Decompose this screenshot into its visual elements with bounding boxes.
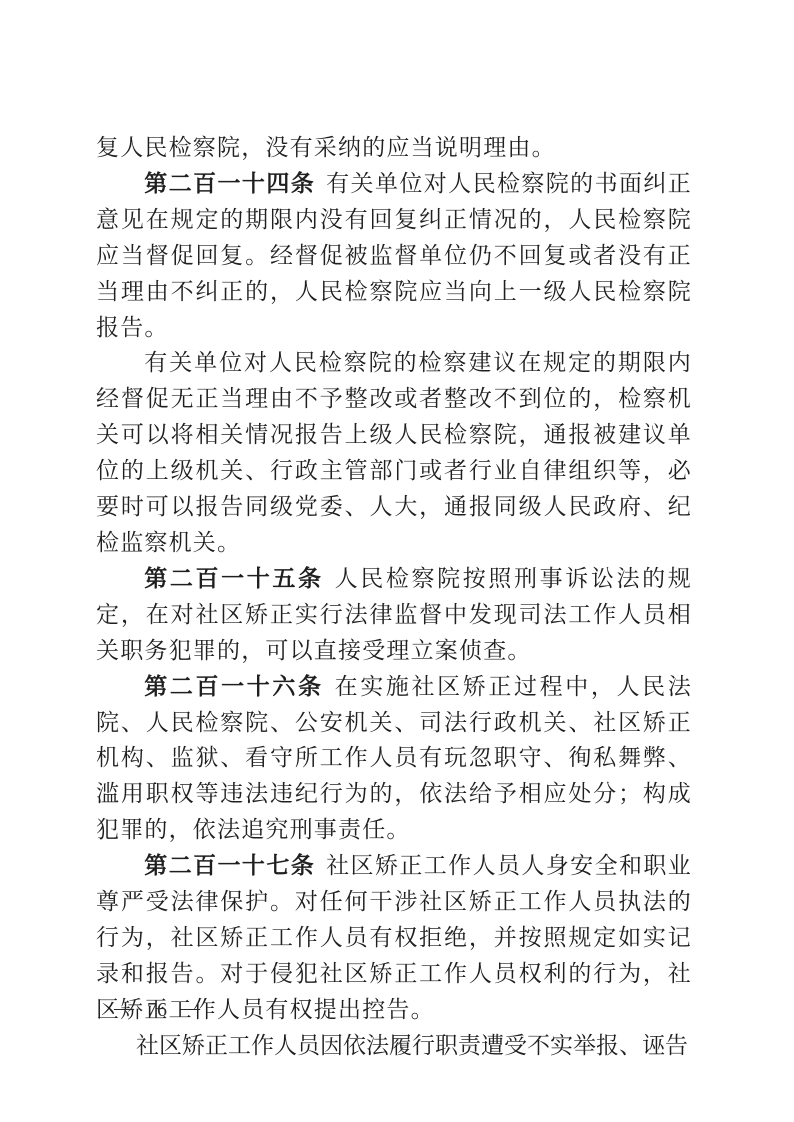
article-number: 第二百一十六条: [144, 673, 323, 699]
article-number: 第二百一十五条: [144, 565, 323, 591]
article-number: 第二百一十七条: [144, 852, 315, 878]
article-number: 第二百一十四条: [144, 170, 315, 196]
paragraph: 有关单位对人民检察院的检察建议在规定的期限内经督促无正当理由不予整改或者整改不到…: [96, 345, 692, 560]
paragraph: 复人民检察院，没有采纳的应当说明理由。: [96, 130, 692, 166]
paragraph: 第二百一十四条有关单位对人民检察院的书面纠正意见在规定的期限内没有回复纠正情况的…: [96, 166, 692, 346]
page-footer: — 76 —: [114, 999, 200, 1022]
paragraph-text: 有关单位对人民检察院的书面纠正意见在规定的期限内没有回复纠正情况的，人民检察院应…: [96, 171, 692, 340]
paragraph: 第二百一十五条人民检察院按照刑事诉讼法的规定，在对社区矫正实行法律监督中发现司法…: [96, 561, 692, 669]
document-page: 复人民检察院，没有采纳的应当说明理由。 第二百一十四条有关单位对人民检察院的书面…: [0, 0, 794, 1122]
footer-dash-left: —: [114, 997, 134, 1020]
paragraph: 社区矫正工作人员因依法履行职责遭受不实举报、诬告: [96, 1028, 692, 1064]
paragraph-text: 复人民检察院，没有采纳的应当说明理由。: [96, 135, 556, 160]
footer-dash-right: —: [180, 997, 200, 1020]
paragraph: 第二百一十六条在实施社区矫正过程中，人民法院、人民检察院、公安机关、司法行政机关…: [96, 669, 692, 849]
paragraph-text: 社区矫正工作人员因依法履行职责遭受不实举报、诬告: [136, 1033, 688, 1058]
text-block: 复人民检察院，没有采纳的应当说明理由。 第二百一十四条有关单位对人民检察院的书面…: [96, 130, 692, 1064]
page-number: 76: [147, 999, 167, 1022]
paragraph-text: 有关单位对人民检察院的检察建议在规定的期限内经督促无正当理由不予整改或者整改不到…: [96, 350, 692, 555]
